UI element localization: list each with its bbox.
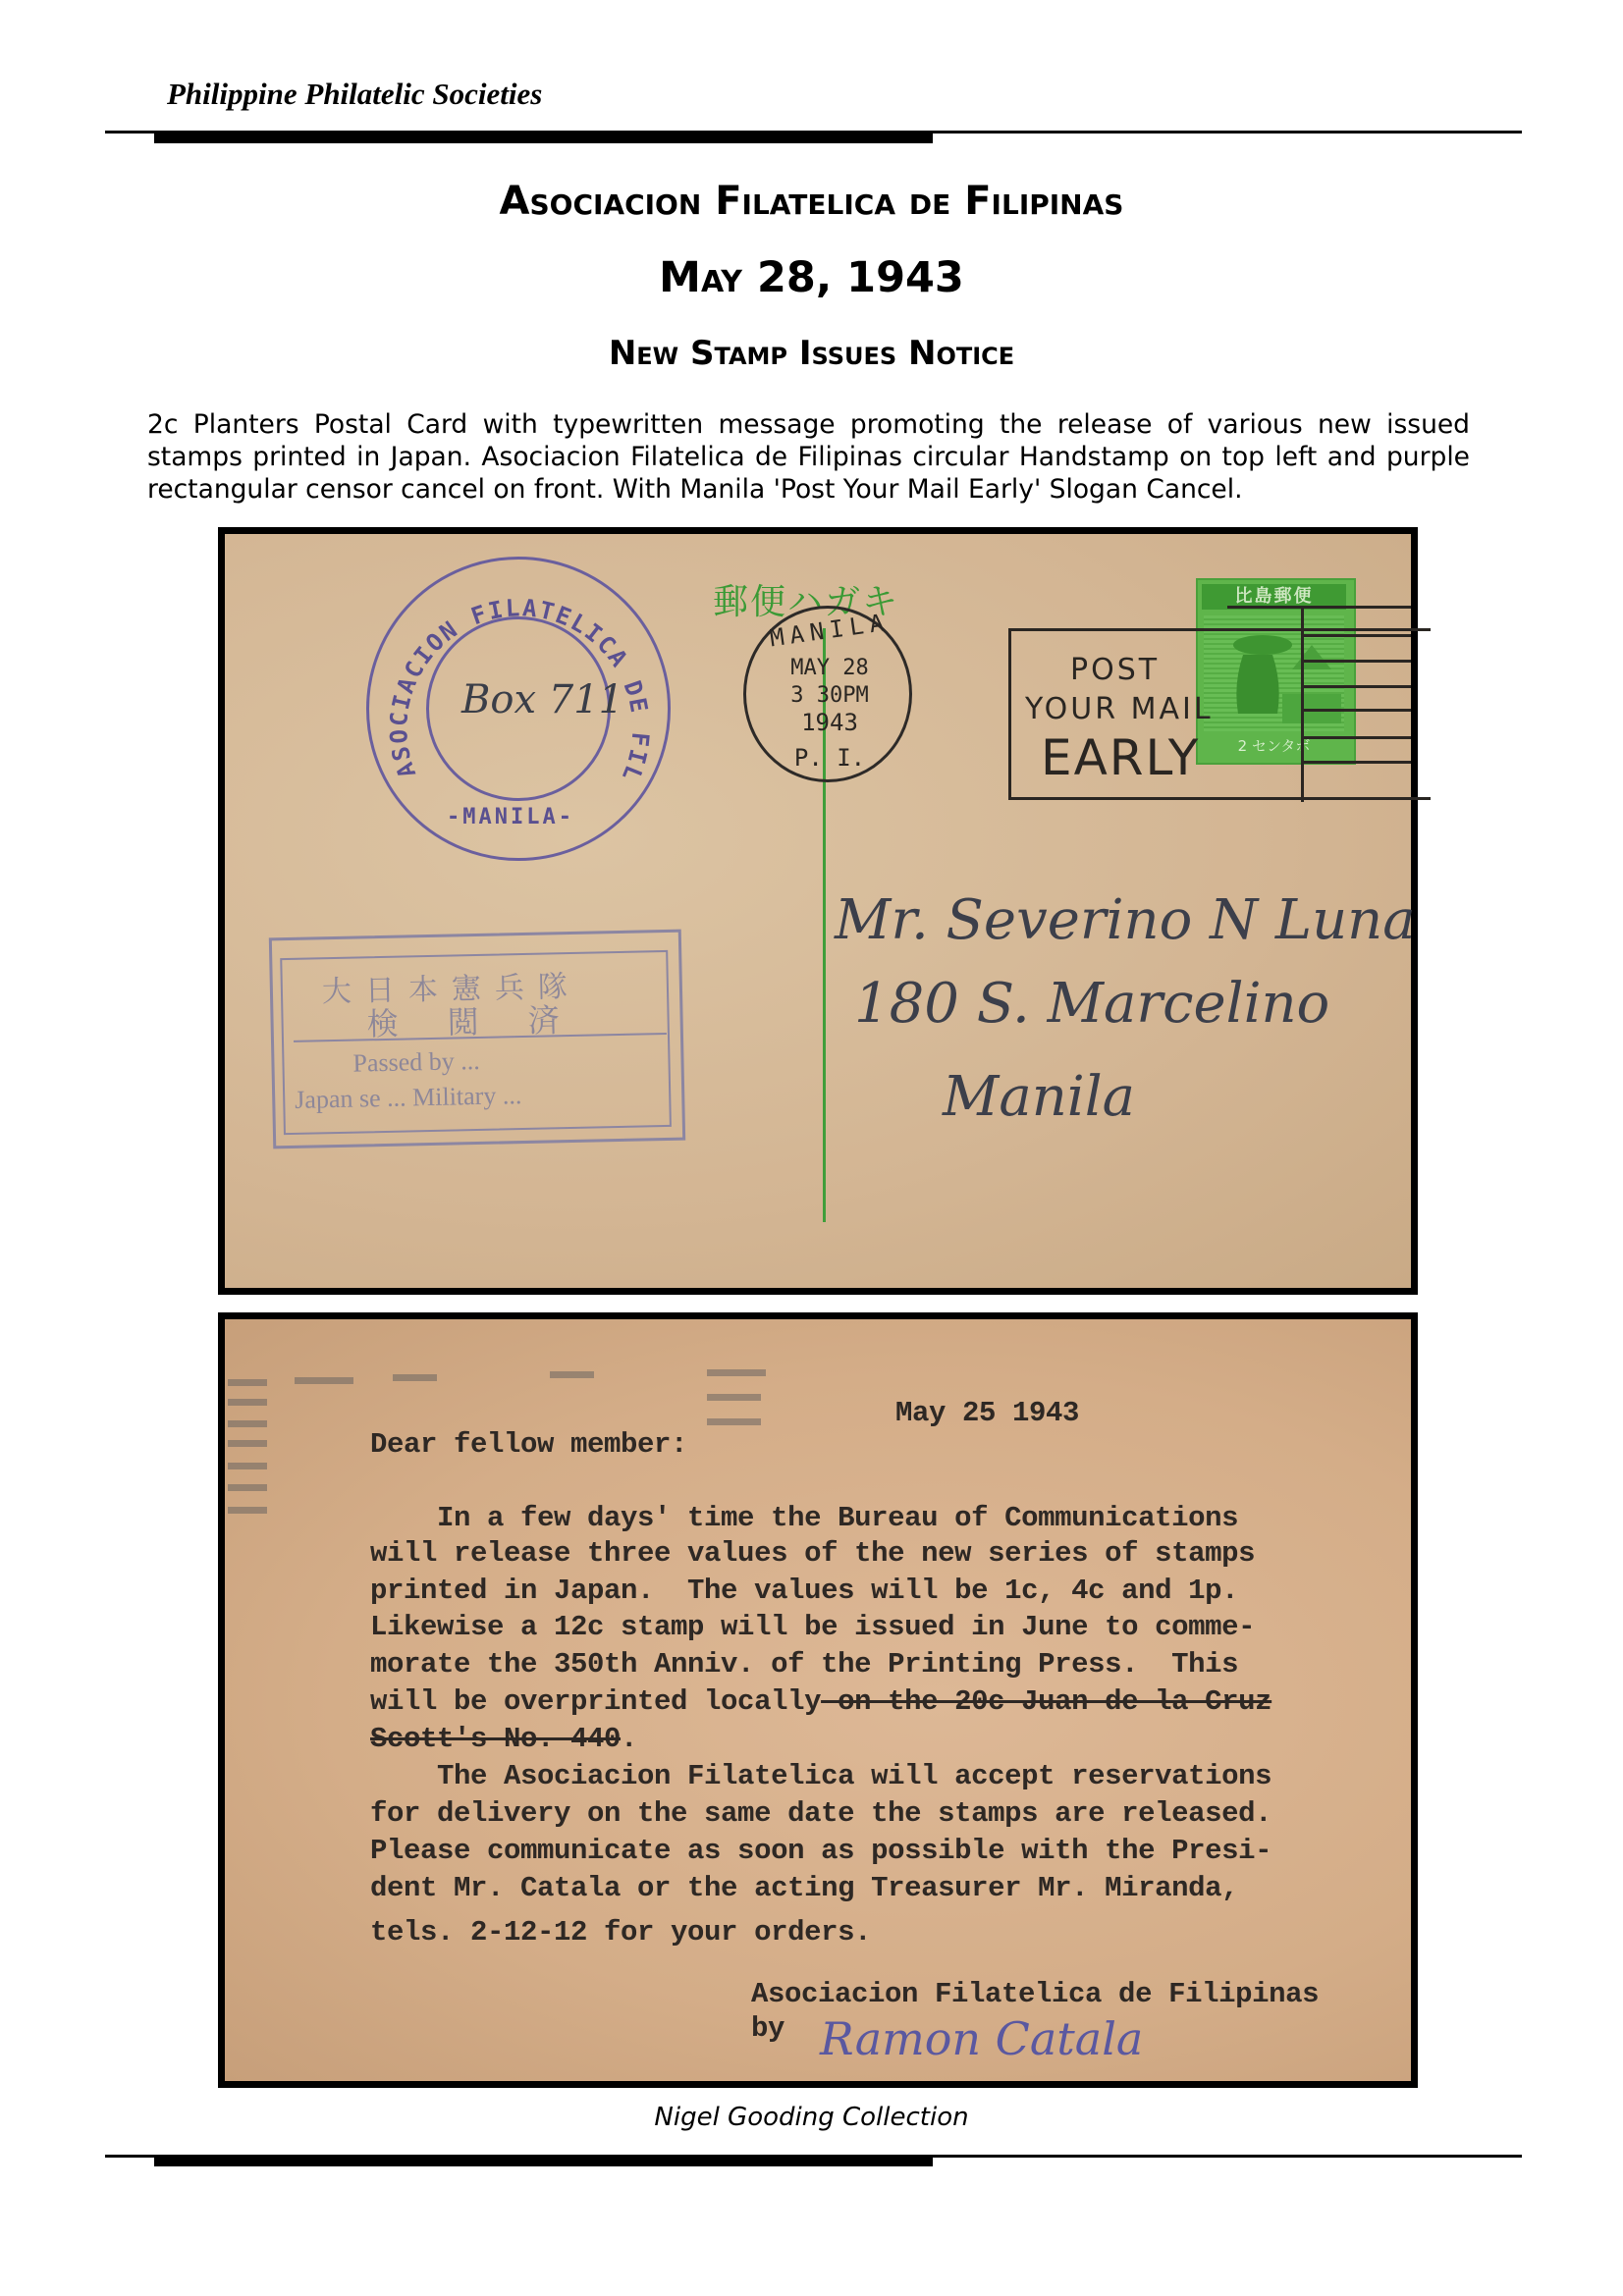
postmark-year: 1943 — [756, 709, 903, 736]
address-line-2: 180 S. Marcelino — [854, 972, 1329, 1036]
letter-signoff: Asociacion Filatelica de Filipinas — [751, 1978, 1319, 2010]
handstamp-manila: -MANILA- — [447, 805, 574, 829]
showthrough-mark — [393, 1374, 437, 1381]
letter-by: by — [751, 2012, 784, 2045]
cancel-bar — [1303, 685, 1411, 688]
showthrough-mark — [707, 1394, 761, 1401]
letter-line: Likewise a 12c stamp will be issued in J… — [370, 1611, 1255, 1643]
showthrough-mark — [228, 1440, 267, 1447]
cancel-bar — [1227, 606, 1411, 609]
letter-date: May 25 1943 — [895, 1397, 1079, 1429]
letter-line: tels. 2-12-12 for your orders. — [370, 1916, 871, 1949]
letter-line: In a few days' time the Bureau of Commun… — [370, 1502, 1238, 1534]
handwritten-box-number: Box 711 — [461, 677, 623, 722]
header-rule-bar — [154, 133, 933, 143]
showthrough-mark — [707, 1418, 761, 1425]
postmark-date: MAY 28 — [756, 656, 903, 680]
description: 2c Planters Postal Card with typewritten… — [147, 408, 1470, 506]
showthrough-mark — [228, 1463, 267, 1469]
postmark-time: 3 30PM — [756, 683, 903, 708]
showthrough-mark — [295, 1377, 353, 1384]
showthrough-mark — [550, 1371, 594, 1378]
showthrough-mark — [228, 1507, 267, 1514]
struck-text: Scott's No. 440 — [370, 1723, 621, 1755]
letter-line: Please communicate as soon as possible w… — [370, 1835, 1271, 1867]
page-date: May 28, 1943 — [0, 253, 1623, 302]
slogan-line-3: EARLY — [1041, 729, 1200, 786]
showthrough-mark — [707, 1369, 766, 1376]
cancel-bar — [1303, 761, 1411, 764]
cancel-bar — [1303, 709, 1411, 712]
letter-text: . — [621, 1723, 637, 1755]
cancel-bar-vertical — [1301, 606, 1304, 802]
cancel-bar — [1303, 660, 1411, 663]
letter-line: morate the 350th Anniv. of the Printing … — [370, 1648, 1238, 1681]
letter-line: for delivery on the same date the stamps… — [370, 1797, 1271, 1830]
letter-line-overprint: will be overprinted locally on the 20c J… — [370, 1685, 1271, 1718]
page-title: Asociacion Filatelica de Filipinas — [0, 179, 1623, 224]
page-subtitle: New Stamp Issues Notice — [0, 334, 1623, 373]
censor-cancel: 大日本憲兵隊 検閲済 Passed by ... Japan se ... Mi… — [269, 930, 685, 1149]
showthrough-mark — [228, 1379, 267, 1386]
letter-line: The Asociacion Filatelica will accept re… — [370, 1760, 1271, 1792]
svg-text:ASOCIACION FILATELICA DE FILIP: ASOCIACION FILATELICA DE FILIPINAS — [366, 557, 654, 786]
letter-text: will be overprinted locally — [370, 1685, 821, 1718]
letter-salutation: Dear fellow member: — [370, 1428, 687, 1461]
letter-line-struck: Scott's No. 440. — [370, 1723, 637, 1755]
postmark-country: P. I. — [756, 744, 903, 772]
censor-en-line-1: Passed by ... — [352, 1046, 480, 1079]
footer-rule-bar — [154, 2157, 933, 2166]
struck-text: on the 20c Juan de la Cruz — [821, 1685, 1271, 1718]
cancel-bar — [1303, 634, 1411, 637]
censor-en-line-2: Japan se ... Military ... — [295, 1081, 522, 1115]
address-line-3: Manila — [943, 1065, 1135, 1129]
slogan-line-1: POST — [1070, 653, 1160, 687]
slogan-line-2: YOUR MAIL — [1025, 692, 1214, 726]
showthrough-mark — [228, 1420, 267, 1427]
censor-inner-box: 大日本憲兵隊 検閲済 Passed by ... Japan se ... Mi… — [280, 950, 672, 1135]
showthrough-mark — [228, 1399, 267, 1406]
address-line-1: Mr. Severino N Luna — [835, 888, 1416, 952]
letter-line: will release three values of the new ser… — [370, 1537, 1255, 1570]
footer-credit: Nigel Gooding Collection — [0, 2103, 1623, 2132]
signature: Ramon Catala — [820, 2012, 1143, 2065]
slogan-cancel: POST YOUR MAIL EARLY — [1008, 628, 1431, 800]
letter-line: dent Mr. Catala or the acting Treasurer … — [370, 1872, 1238, 1904]
header-title: Philippine Philatelic Societies — [167, 77, 542, 112]
cancel-bar — [1303, 736, 1411, 739]
letter-line: printed in Japan. The values will be 1c,… — [370, 1575, 1238, 1607]
showthrough-mark — [228, 1484, 267, 1491]
